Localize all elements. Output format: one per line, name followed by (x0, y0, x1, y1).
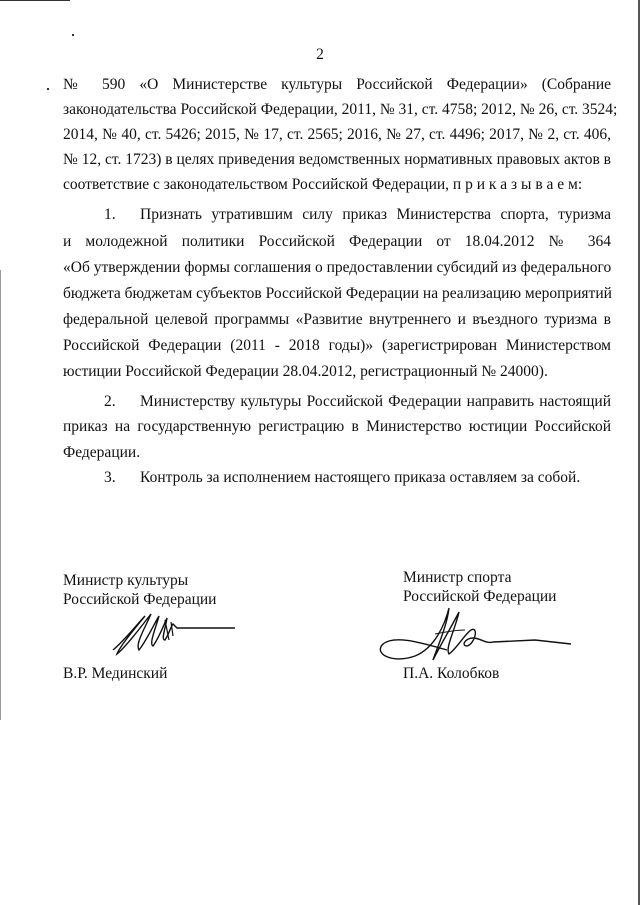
item-number: 1. (104, 206, 116, 224)
item-text: юстиции Российской Федерации 28.04.2012,… (63, 363, 611, 381)
item-text: Контроль за исполнением настоящего прика… (140, 469, 611, 487)
preamble-line: 2014, № 40, ст. 5426; 2015, № 17, ст. 25… (63, 126, 611, 144)
item-text: «Об утверждении формы соглашения о предо… (63, 259, 611, 277)
scan-artifact (47, 88, 49, 90)
signature-right (375, 604, 575, 668)
scan-artifact (0, 270, 1, 720)
item-text: приказ на государственную регистрацию в … (63, 418, 611, 436)
signature-block-left: Министр культуры Российской Федерации (63, 571, 216, 609)
item-text: Министерству культуры Российской Федерац… (140, 393, 611, 411)
signatory-title: Министр спорта (403, 568, 556, 587)
signature-left (105, 610, 240, 658)
preamble-line: № 12, ст. 1723) в целях приведения ведом… (63, 151, 611, 169)
item-text: Признать утратившим силу приказ Министер… (140, 206, 611, 224)
page-number: 2 (0, 46, 640, 64)
item-text: федеральной целевой программы «Развитие … (63, 311, 611, 329)
item-text: Российской Федерации (2011 - 2018 годы)»… (63, 337, 611, 355)
item-text: бюджета бюджетам субъектов Российской Фе… (63, 285, 611, 303)
item-text: Федерации. (63, 444, 611, 462)
scan-artifact (0, 0, 70, 1)
signatory-name-left: В.Р. Мединский (63, 664, 167, 683)
item-number: 2. (104, 393, 116, 411)
item-text: и молодежной политики Российской Федерац… (63, 233, 611, 251)
signatory-name-right: П.А. Колобков (403, 664, 499, 683)
scan-artifact (72, 34, 74, 36)
signature-block-right: Министр спорта Российской Федерации (403, 568, 556, 606)
signatory-title: Министр культуры (63, 571, 216, 590)
signatory-title: Российской Федерации (63, 590, 216, 609)
preamble-line: № 590 «О Министерстве культуры Российско… (63, 76, 611, 94)
preamble-line: законодательства Российской Федерации, 2… (63, 101, 611, 119)
item-number: 3. (104, 469, 116, 487)
preamble-line: соответствие с законодательством Российс… (63, 176, 611, 194)
